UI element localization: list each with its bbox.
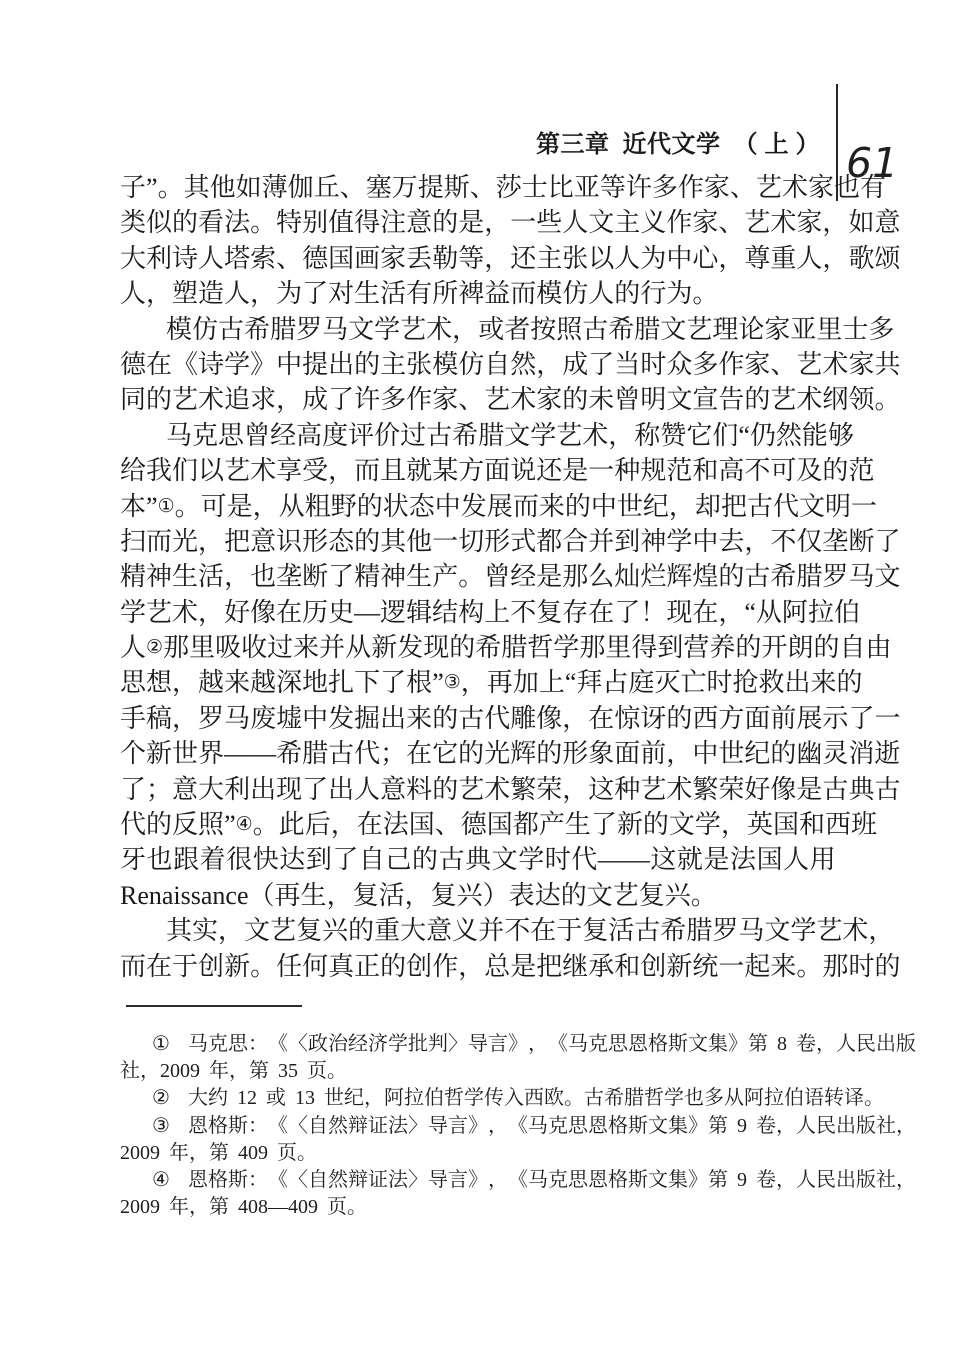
- glyph: 开: [761, 630, 787, 665]
- chapter-label: 第三章: [536, 124, 610, 159]
- glyph: 古: [747, 489, 773, 524]
- glyph: 正: [354, 949, 380, 984]
- glyph: ”: [146, 489, 158, 524]
- glyph: 阿: [384, 1085, 404, 1112]
- glyph: 文: [492, 842, 518, 877]
- glyph: 国: [328, 241, 354, 276]
- glyph: 纪: [643, 489, 669, 524]
- glyph: 西: [825, 807, 851, 842]
- glyph: 思: [218, 418, 244, 453]
- glyph: 判: [428, 1031, 448, 1058]
- glyph: 越: [250, 665, 276, 700]
- glyph: 希: [604, 1085, 624, 1112]
- glyph: 庭: [628, 665, 654, 700]
- glyph: 、: [435, 807, 461, 842]
- glyph: 腊: [270, 312, 296, 347]
- glyph: 西: [692, 701, 718, 736]
- glyph: 。: [297, 1140, 317, 1167]
- glyph: 高: [718, 453, 744, 488]
- glyph: 复: [296, 913, 322, 948]
- glyph: 本: [120, 489, 146, 524]
- glyph: ，: [528, 1031, 548, 1058]
- text-line: 而在于创新。任何真正的创作，总是把继承和创新统一起来。那时的: [120, 949, 836, 984]
- glyph: 〉: [448, 1031, 468, 1058]
- glyph: 成: [302, 382, 328, 417]
- glyph: 然: [510, 347, 536, 382]
- glyph: 其: [166, 913, 192, 948]
- glyph: 大: [120, 241, 146, 276]
- glyph: 仍: [750, 418, 776, 453]
- glyph: 了: [302, 772, 328, 807]
- glyph: 深: [276, 665, 302, 700]
- glyph: 了: [588, 347, 614, 382]
- glyph: 受: [302, 453, 328, 488]
- glyph: 不: [770, 524, 796, 559]
- text-line: 社，2009年，第35页。: [120, 1058, 836, 1085]
- glyph: 存: [562, 595, 588, 630]
- glyph: 给: [120, 453, 146, 488]
- glyph: 》: [508, 1031, 528, 1058]
- footnote: ①马克思：《〈政治经济学批判〉导言》，《马克思恩格斯文集》第8卷，人民出版社，2…: [120, 1031, 836, 1085]
- glyph: 手: [120, 701, 146, 736]
- text-line: 给我们以艺术享受，而且就某方面说还是一种规范和高不可及的范: [120, 453, 836, 488]
- glyph: 里: [189, 630, 215, 665]
- glyph: 创: [406, 949, 432, 984]
- glyph: 思: [568, 1113, 588, 1140]
- glyph: 许: [626, 170, 652, 205]
- glyph: 12: [237, 1085, 257, 1112]
- glyph: 文: [660, 312, 686, 347]
- glyph: 主: [380, 347, 406, 382]
- glyph: 艺: [756, 170, 782, 205]
- glyph: 意: [426, 913, 452, 948]
- glyph: 古: [634, 913, 660, 948]
- glyph: ，: [718, 595, 744, 630]
- glyph: 能: [802, 418, 828, 453]
- glyph: 复: [431, 878, 457, 913]
- glyph: 享: [276, 453, 302, 488]
- glyph: 把: [224, 524, 250, 559]
- glyph: 拉: [808, 595, 834, 630]
- glyph: 出: [836, 1113, 856, 1140]
- glyph: ！: [640, 595, 666, 630]
- glyph: 学: [790, 913, 816, 948]
- glyph: 卷: [756, 1113, 776, 1140]
- glyph: 结: [432, 595, 458, 630]
- glyph: 现: [276, 772, 302, 807]
- glyph: 幽: [796, 736, 822, 771]
- glyph: 过: [267, 630, 293, 665]
- glyph: 了: [120, 772, 146, 807]
- glyph: 展: [487, 489, 513, 524]
- glyph: 意: [380, 772, 406, 807]
- glyph: 典: [848, 772, 874, 807]
- running-head: 第三章近代文学（ 上 ）: [0, 124, 820, 159]
- glyph: 人: [354, 772, 380, 807]
- glyph: 然: [328, 1113, 348, 1140]
- glyph: 斯: [228, 1167, 248, 1194]
- glyph: 并: [319, 630, 345, 665]
- glyph: 识: [276, 524, 302, 559]
- glyph: 格: [208, 1167, 228, 1194]
- glyph: ：: [248, 1167, 268, 1194]
- text-line: ③恩格斯：《〈自然辩证法〉导言》，《马克思恩格斯文集》第9卷，人民出版社，: [120, 1113, 836, 1140]
- glyph: 世: [172, 736, 198, 771]
- glyph: 神: [640, 524, 666, 559]
- glyph: 证: [368, 1113, 388, 1140]
- glyph: 哲: [644, 1085, 664, 1112]
- glyph: 〈: [288, 1031, 308, 1058]
- glyph: 裨: [458, 276, 484, 311]
- glyph: 在: [276, 595, 302, 630]
- glyph: 式: [510, 524, 536, 559]
- glyph: 士: [842, 312, 868, 347]
- glyph: 大: [198, 772, 224, 807]
- glyph: 丢: [406, 241, 432, 276]
- glyph: 形: [562, 736, 588, 771]
- glyph: 言: [448, 1113, 468, 1140]
- glyph: 表: [509, 878, 535, 913]
- glyph: 批: [408, 1031, 428, 1058]
- glyph: 希: [608, 312, 634, 347]
- glyph: 、: [770, 347, 796, 382]
- footnote: ③恩格斯：《〈自然辩证法〉导言》，《马克思恩格斯文集》第9卷，人民出版社，200…: [120, 1113, 836, 1167]
- glyph: 《: [508, 1167, 528, 1194]
- glyph: 称: [634, 418, 660, 453]
- glyph: 张: [562, 241, 588, 276]
- glyph: 或: [266, 1085, 286, 1112]
- glyph: 面: [744, 701, 770, 736]
- glyph: 仅: [796, 524, 822, 559]
- glyph: 马: [738, 913, 764, 948]
- glyph: 很: [226, 842, 252, 877]
- glyph: 且: [380, 453, 406, 488]
- glyph: 时: [706, 665, 732, 700]
- glyph: 8: [777, 1031, 787, 1058]
- glyph: 文: [648, 1167, 668, 1194]
- glyph: 出: [380, 701, 406, 736]
- glyph: 2009: [120, 1194, 160, 1221]
- glyph: 409: [238, 1140, 268, 1167]
- glyph: 里: [816, 312, 842, 347]
- glyph: 学: [553, 630, 579, 665]
- glyph: 法: [730, 842, 756, 877]
- glyph: 任: [276, 949, 302, 984]
- glyph: 的: [354, 524, 380, 559]
- glyph: 代: [354, 736, 380, 771]
- glyph: 范: [666, 453, 692, 488]
- glyph: 学: [695, 807, 721, 842]
- glyph: 煌: [692, 559, 718, 594]
- text-line: 代的反照”④。此后，在法国、德国都产生了新的文学，英国和西班: [120, 807, 836, 842]
- glyph: 艺: [796, 347, 822, 382]
- glyph: 神: [380, 559, 406, 594]
- glyph: 从: [345, 630, 371, 665]
- glyph: 国: [409, 807, 435, 842]
- glyph: 腊: [302, 736, 328, 771]
- glyph: 文: [666, 382, 692, 417]
- footnote-reference-mark: ①: [158, 489, 175, 524]
- glyph: 《: [172, 347, 198, 382]
- glyph: 还: [510, 241, 536, 276]
- glyph: 了: [591, 807, 617, 842]
- glyph: 亡: [680, 665, 706, 700]
- glyph: 格: [608, 1113, 628, 1140]
- glyph: 学: [464, 1085, 484, 1112]
- glyph: 自: [359, 842, 385, 877]
- glyph: 中: [302, 701, 328, 736]
- glyph: ，: [364, 1085, 384, 1112]
- glyph: 。: [175, 489, 201, 524]
- glyph: 辩: [348, 1167, 368, 1194]
- glyph: 艺: [613, 878, 639, 913]
- glyph: 学: [224, 347, 250, 382]
- glyph: 利: [224, 772, 250, 807]
- glyph: 克: [548, 1113, 568, 1140]
- paragraph: 其实，文艺复兴的重大意义并不在于复活古希腊罗马文学艺术，而在于创新。任何真正的创…: [120, 913, 836, 984]
- glyph: 重: [770, 241, 796, 276]
- glyph: 时: [848, 949, 874, 984]
- glyph: 一: [510, 205, 536, 240]
- glyph: 的: [561, 878, 587, 913]
- glyph: 人: [796, 241, 822, 276]
- glyph: ，: [822, 205, 848, 240]
- glyph: 并: [588, 524, 614, 559]
- glyph: 态: [409, 489, 435, 524]
- glyph: 罗: [712, 913, 738, 948]
- glyph: 多: [704, 1085, 724, 1112]
- glyph: ，: [776, 1167, 796, 1194]
- glyph: 《: [268, 1167, 288, 1194]
- glyph: 来: [811, 665, 837, 700]
- glyph: 似: [146, 205, 172, 240]
- glyph: 伯: [834, 595, 860, 630]
- glyph: 》: [250, 347, 276, 382]
- glyph: 一: [432, 524, 458, 559]
- glyph: 他: [210, 170, 236, 205]
- glyph: ①: [152, 1031, 170, 1058]
- footnote: ②大约12或13世纪，阿拉伯哲学传入西欧。古希腊哲学也多从阿拉伯语转译。: [120, 1085, 836, 1112]
- glyph: 的: [432, 701, 458, 736]
- glyph: 起: [744, 949, 770, 984]
- glyph: 第: [249, 1058, 269, 1085]
- glyph: 意: [874, 205, 900, 240]
- glyph: 么: [588, 559, 614, 594]
- glyph: 提: [418, 170, 444, 205]
- glyph: 格: [208, 1113, 228, 1140]
- glyph: 再: [275, 878, 301, 913]
- glyph: 约: [208, 1085, 228, 1112]
- glyph: 思: [608, 1031, 628, 1058]
- glyph: 希: [244, 312, 270, 347]
- glyph: 学: [120, 595, 146, 630]
- glyph: 出: [250, 772, 276, 807]
- glyph: 以: [198, 453, 224, 488]
- glyph: 在: [357, 807, 383, 842]
- glyph: 像: [250, 595, 276, 630]
- glyph: 西: [524, 1085, 544, 1112]
- glyph: 前: [770, 701, 796, 736]
- glyph: 出: [328, 347, 354, 382]
- glyph: 德: [302, 241, 328, 276]
- glyph: 家: [808, 170, 834, 205]
- glyph: 学: [664, 1085, 684, 1112]
- glyph: 造: [198, 276, 224, 311]
- glyph: 学: [388, 1031, 408, 1058]
- glyph: 提: [302, 347, 328, 382]
- glyph: 达: [535, 878, 561, 913]
- glyph: 了: [380, 665, 406, 700]
- glyph: ）: [483, 878, 509, 913]
- body-text: 子”。其他如薄伽丘、塞万提斯、莎士比亚等许多作家、艺术家也有类似的看法。特别值得…: [120, 170, 836, 984]
- glyph: 于: [172, 949, 198, 984]
- glyph: 页: [307, 1058, 327, 1085]
- glyph: 垄: [276, 559, 302, 594]
- glyph: 了: [614, 595, 640, 630]
- glyph: 、: [340, 170, 366, 205]
- glyph: 构: [458, 595, 484, 630]
- glyph: 后: [305, 807, 331, 842]
- glyph: 、: [470, 170, 496, 205]
- book-page: 第三章近代文学（ 上 ） 61 子”。其他如薄伽丘、塞万提斯、莎士比亚等许多作家…: [0, 0, 956, 1357]
- glyph: 家: [380, 241, 406, 276]
- glyph: 罗: [296, 312, 322, 347]
- glyph: 然: [776, 418, 802, 453]
- glyph: 所: [432, 276, 458, 311]
- glyph: 规: [640, 453, 666, 488]
- glyph: 古: [328, 736, 354, 771]
- glyph: ，: [229, 1058, 249, 1085]
- glyph: 照: [556, 312, 582, 347]
- glyph: 高: [296, 418, 322, 453]
- glyph: 发: [397, 630, 423, 665]
- glyph: 思: [120, 665, 146, 700]
- text-line: 了；意大利出现了出人意料的艺术繁荣，这种艺术繁荣好像是古典古: [120, 772, 836, 807]
- glyph: 下: [354, 665, 380, 700]
- glyph: 人: [614, 241, 640, 276]
- glyph: 学: [518, 842, 544, 877]
- glyph: 阿: [782, 595, 808, 630]
- glyph: 人: [783, 842, 809, 877]
- text-line: 本”①。可是，从粗野的状态中发展而来的中世纪，却把古代文明一: [120, 489, 836, 524]
- glyph: 告: [718, 382, 744, 417]
- glyph: 法: [388, 1113, 408, 1140]
- glyph: 希: [452, 418, 478, 453]
- glyph: 特: [276, 205, 302, 240]
- glyph: 经: [510, 559, 536, 594]
- glyph: 古: [822, 772, 848, 807]
- glyph: 模: [536, 276, 562, 311]
- glyph: 第: [708, 1167, 728, 1194]
- glyph: 新: [617, 807, 643, 842]
- glyph: 的: [822, 453, 848, 488]
- glyph: 来: [539, 489, 565, 524]
- glyph: 希: [770, 559, 796, 594]
- glyph: 卷: [796, 1031, 816, 1058]
- glyph: 如: [236, 170, 262, 205]
- glyph: 拉: [764, 1085, 784, 1112]
- glyph: ，: [146, 276, 172, 311]
- glyph: 灵: [822, 736, 848, 771]
- glyph: ，: [250, 276, 276, 311]
- glyph: 第: [708, 1113, 728, 1140]
- glyph: 塔: [224, 241, 250, 276]
- text-line: 大利诗人塔索、德国画家丢勒等，还主张以人为中心，尊重人，歌颂: [120, 241, 836, 276]
- glyph: 而: [146, 524, 172, 559]
- glyph: 自: [308, 1167, 328, 1194]
- glyph: 颂: [874, 241, 900, 276]
- glyph: “: [565, 665, 577, 700]
- glyph: 《: [548, 1031, 568, 1058]
- glyph: 营: [683, 630, 709, 665]
- glyph: 莎: [496, 170, 522, 205]
- glyph: ，: [484, 205, 510, 240]
- glyph: 是: [458, 205, 484, 240]
- glyph: 勒: [432, 241, 458, 276]
- glyph: 心: [692, 241, 718, 276]
- glyph: 得: [631, 630, 657, 665]
- glyph: 出: [836, 1167, 856, 1194]
- glyph: 断: [302, 559, 328, 594]
- glyph: 言: [488, 1031, 508, 1058]
- glyph: 第: [748, 1031, 768, 1058]
- glyph: 前: [640, 736, 666, 771]
- glyph: 些: [536, 205, 562, 240]
- glyph: 腊: [634, 312, 660, 347]
- glyph: 复: [639, 878, 665, 913]
- glyph: 代: [571, 842, 597, 877]
- glyph: 新: [666, 949, 692, 984]
- glyph: 其: [184, 170, 210, 205]
- glyph: 。: [692, 276, 718, 311]
- glyph: 。: [864, 1085, 884, 1112]
- glyph: 不: [510, 595, 536, 630]
- glyph: 语: [804, 1085, 824, 1112]
- glyph: 由: [865, 630, 891, 665]
- glyph: 创: [198, 949, 224, 984]
- glyph: 示: [822, 701, 848, 736]
- glyph: 塞: [366, 170, 392, 205]
- glyph: 注: [380, 205, 406, 240]
- glyph: 精: [354, 559, 380, 594]
- glyph: 在: [588, 595, 614, 630]
- glyph: 版: [856, 1167, 876, 1194]
- glyph: 歌: [848, 241, 874, 276]
- glyph: ：: [248, 1113, 268, 1140]
- glyph: 多: [692, 347, 718, 382]
- glyph: 人: [796, 1167, 816, 1194]
- text-line: 牙也跟着很快达到了自己的古典文学时代——这就是法国人用: [120, 842, 836, 877]
- glyph: 恩: [628, 1031, 648, 1058]
- glyph: ，: [198, 595, 224, 630]
- glyph: ，: [253, 489, 279, 524]
- glyph: 类: [120, 205, 146, 240]
- glyph: 辩: [348, 1113, 368, 1140]
- glyph: 》: [688, 1167, 708, 1194]
- glyph: 到: [657, 630, 683, 665]
- glyph: 年: [209, 1058, 229, 1085]
- glyph: 克: [192, 418, 218, 453]
- glyph: 值: [328, 205, 354, 240]
- glyph: 出: [876, 1031, 896, 1058]
- glyph: 一: [874, 701, 900, 736]
- glyph: 亚: [790, 312, 816, 347]
- glyph: 和: [692, 453, 718, 488]
- glyph: 对: [328, 276, 354, 311]
- glyph: 德: [120, 347, 146, 382]
- glyph: 并: [478, 913, 504, 948]
- glyph: 上: [539, 665, 565, 700]
